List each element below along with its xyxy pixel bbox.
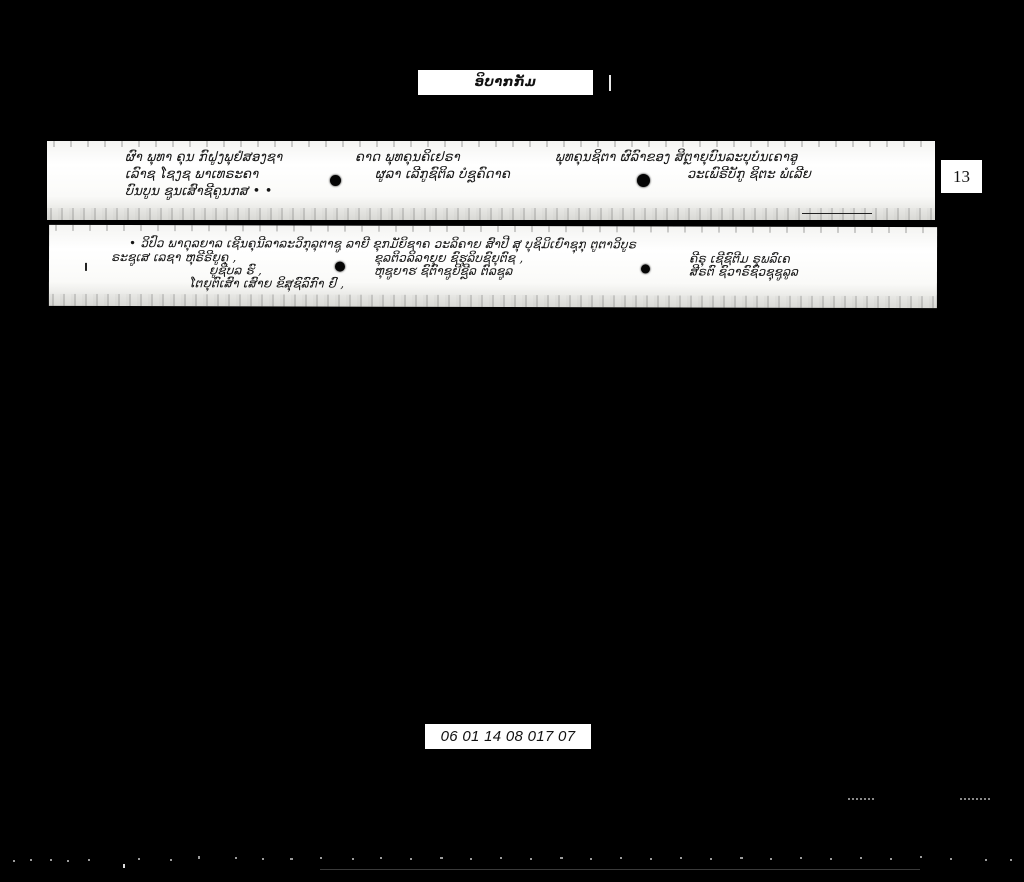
title-label: ອິບາກກັມ (418, 70, 593, 95)
leaf-1-line-1-seg-3: ພ​ຸ​ທ​ຄ​ຸ​ນ​ຊ​ິ​ຕ​າ ​ຜ​ົ​ລ​ົ​າ​ຂ​ອ​ງ ​ສ​… (555, 151, 798, 165)
leaf-1-line-2-seg-3: ວ​ະ​ເ​ພ​ົ​ຣ​ີ​ບ​ັ​ກ​ູ ​ຊ​ິ​ຕ​ະ ​ພ​ໍ​ເ​ລ​… (687, 168, 811, 182)
scan-edge-specks (0, 852, 1024, 872)
binding-hole (330, 175, 341, 186)
margin-rule (802, 213, 872, 214)
leaf-2-line-3-seg-3: ສ​ີ​ຣ​ຕ​ົ ​ຊ​ົ​ວ​າ​ຣ​ົ​ຊ​ົ​ວ​ຊ​ຸ​ຊ​ູ​ລ​ູ… (689, 265, 798, 279)
binding-hole (335, 262, 345, 272)
leaf-1-line-1-seg-1: ຜົາ ພຸທ​າ ຄຸ​ນ ​ກົ​ຝູງ​ພຸ​ຢ​ໍ​ສ​ອງ​ຊ​າ (125, 151, 282, 165)
leaf-2-line-3-seg-2: ຫ​ຸ​ຊ​ູ​ຍ​າ​ຮ ​ຊ​ົ​ຕ​ົ​າ​ຊ​ູ​ຍ​ີ​ຊ​ຼ​ີ​ລ… (374, 264, 513, 278)
scan-mark (609, 75, 611, 91)
page-number-label: 13 (941, 160, 982, 193)
catalog-id-label: 06 01 14 08 017 07 (425, 724, 591, 749)
leaf-2-line-1-seg-1: •​ ວ​ິ​ປ​ົ​ວ​ ​ພ​າ​ດ​ຸ​ລ​ຍ​າ​ລ ​ເ​ຊ​ີ​ນ​… (129, 236, 636, 251)
leaf-1-line-2-seg-2: ​ຜ​ູ​ລ​າ ​ເ​ລ​ີ​ກ​ູ​ຊ​ົ​ຕ​ິ​ລ​ ​ບ​ໍ​ຊ​ຼ​… (375, 168, 510, 182)
leaf-2-line-2-seg-1: ຣ​ະ​ຊ​ູ​ເ​ສ​ ​ເ​ລ​ຊ​າ​ ​ຫ​ຸ​ຣ​ີ​ຣ​ີ​ຍ​ູ​… (111, 250, 237, 264)
scan-artifact (960, 798, 990, 800)
binding-hole (637, 174, 650, 187)
leaf-1-line-3-seg-1: ບ​ົ​ນ​ບ​ູ​ນ ​ຊ​ູ​ນ​ເ​ສ​ົ​າ​ຊ​ີ​ຄ​ູ​ນ​ກ​ສ… (125, 185, 273, 199)
binding-hole (641, 264, 650, 273)
leaf-2-line-3-seg-1: ຍ​ູ​ຊ​ີ​ບ​ລ​ ​ຮ​ົ , (209, 263, 262, 277)
margin-mark (85, 263, 87, 271)
scan-artifact (848, 798, 874, 800)
leaf-2-line-4-seg-1: ໂ​ຕ​ຍ​ຸ​ຕ​ົ​ເ​ສ​ົ​າ ​ເ​ສ​ົ​າ​ຍ ​ຂ​ິ​ສ​ຸ​… (189, 276, 344, 290)
palm-leaf-1: ຜົາ ພຸທ​າ ຄຸ​ນ ​ກົ​ຝູງ​ພຸ​ຢ​ໍ​ສ​ອງ​ຊ​າ ​… (47, 141, 935, 220)
palm-leaf-2: •​ ວ​ິ​ປ​ົ​ວ​ ​ພ​າ​ດ​ຸ​ລ​ຍ​າ​ລ ​ເ​ຊ​ີ​ນ​… (49, 225, 937, 308)
leaf-1-line-1-seg-2: ​ຄ​າ​ດ ​ພ​ຸ​ທ​ຄ​ຸນ​ຄ​ິ​ເ​ຢ​ຣ​າ (355, 151, 460, 165)
leaf-1-line-2-seg-1: ເ​ລ​ົ​າ​ຊ ​ໂ​ຊ​ງ​ຊ ​ພ​າ​ເ​ທ​ຣ​ະ​ຄ​າ (125, 168, 259, 182)
